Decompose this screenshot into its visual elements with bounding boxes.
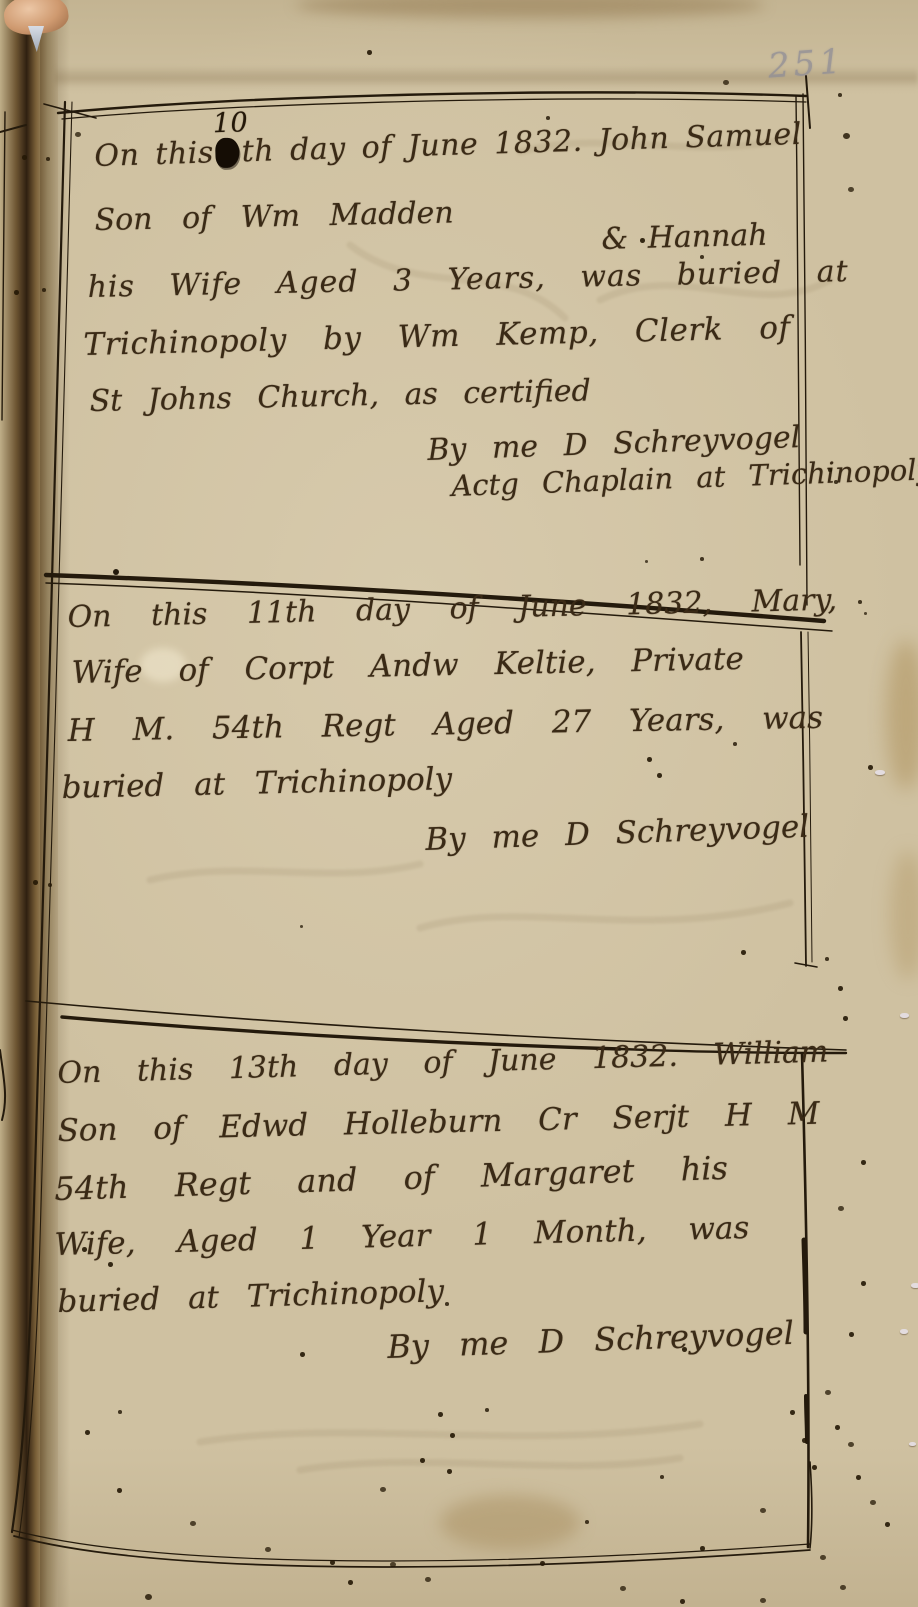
scanned-register-page: 251 On this10th day of June 1832. John S… [0, 0, 918, 1607]
entry1-mother-name: & Hannah [601, 218, 768, 257]
entry1-parent-line: Son of Wm Madden [94, 195, 454, 238]
ink-blot: 10 [215, 137, 240, 168]
page-number: 251 [767, 41, 847, 86]
day-correction: 10 [212, 107, 248, 139]
